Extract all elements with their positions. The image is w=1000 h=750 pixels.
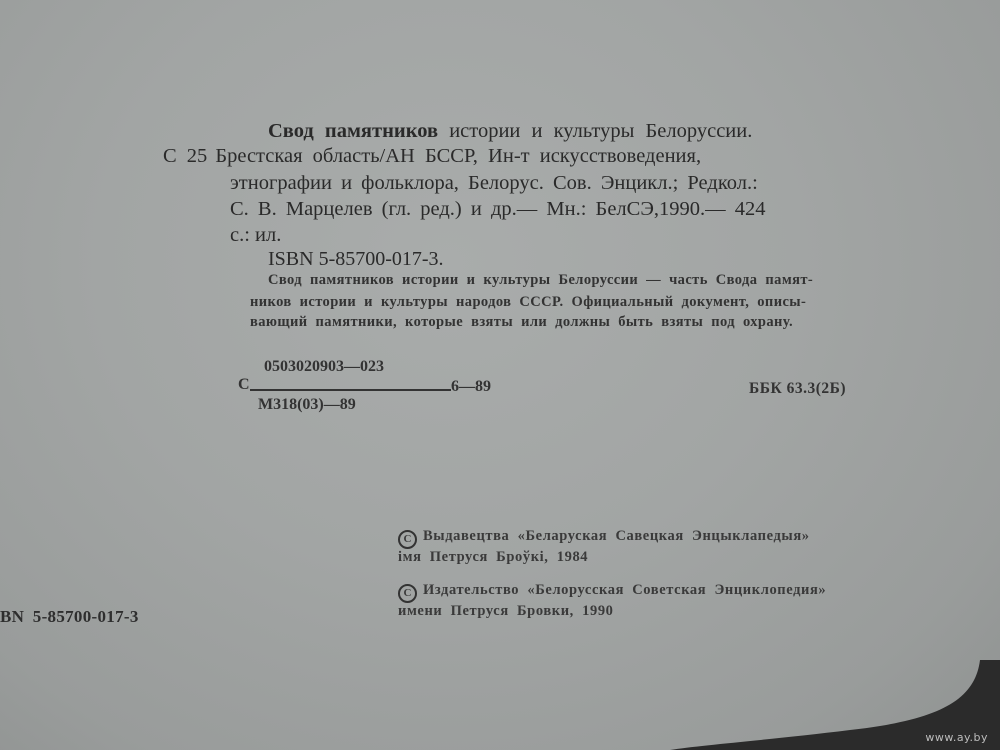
call-number: С 25 xyxy=(163,145,207,167)
annotation-line: вающий памятники, которые взяты или долж… xyxy=(250,314,793,331)
catalog-title-bold: Свод памятников xyxy=(268,120,438,142)
copyright-1-line-2: імя Петруся Броўкі, 1984 xyxy=(398,549,588,566)
publisher-code-fraction-line xyxy=(250,389,451,391)
catalog-line-2-text: Брестская область/АН БССР, Ин-т искусств… xyxy=(215,145,701,167)
copyright-1-line-1: CВыдавецтва «Беларуская Савецкая Энцыкла… xyxy=(398,528,810,549)
catalog-line-5: с.: ил. xyxy=(230,225,281,246)
copyright-icon: C xyxy=(398,530,417,549)
catalog-line-4: С. В. Марцелев (гл. ред.) и др.— Мн.: Бе… xyxy=(230,199,766,220)
annotation-line: Свод памятников истории и культуры Белор… xyxy=(268,272,813,289)
copyright-2-line-1: CИздательство «Белорусская Советская Энц… xyxy=(398,582,826,603)
isbn-number: ISBN 5-85700-017-3. xyxy=(268,248,444,271)
publisher-code-numerator: 0503020903—023 xyxy=(264,358,384,376)
catalog-title-rest: истории и культуры Белоруссии. xyxy=(449,120,752,142)
bbk-classification: ББК 63.3(2Б) xyxy=(749,380,846,398)
copyright-1-publisher: Выдавецтва «Беларуская Савецкая Энцыклап… xyxy=(423,528,810,544)
book-page: Свод памятников истории и культуры Белор… xyxy=(0,0,1000,750)
side-isbn: BN 5-85700-017-3 xyxy=(0,607,139,627)
catalog-title-line: Свод памятников истории и культуры Белор… xyxy=(268,121,752,142)
publisher-code-denominator: М318(03)—89 xyxy=(258,396,356,414)
catalog-line-3: этнографии и фольклора, Белорус. Сов. Эн… xyxy=(230,173,758,194)
catalog-line-2: С 25Брестская область/АН БССР, Ин-т иску… xyxy=(163,146,701,167)
annotation-line: ников истории и культуры народов СССР. О… xyxy=(250,294,806,311)
copyright-2-publisher: Издательство «Белорусская Советская Энци… xyxy=(423,582,826,598)
publisher-code-suffix: 6—89 xyxy=(451,378,491,396)
copyright-icon: C xyxy=(398,584,417,603)
copyright-2-line-2: имени Петруся Бровки, 1990 xyxy=(398,603,614,620)
publisher-code-letter: С xyxy=(238,376,250,394)
watermark: www.ay.by xyxy=(925,731,988,744)
